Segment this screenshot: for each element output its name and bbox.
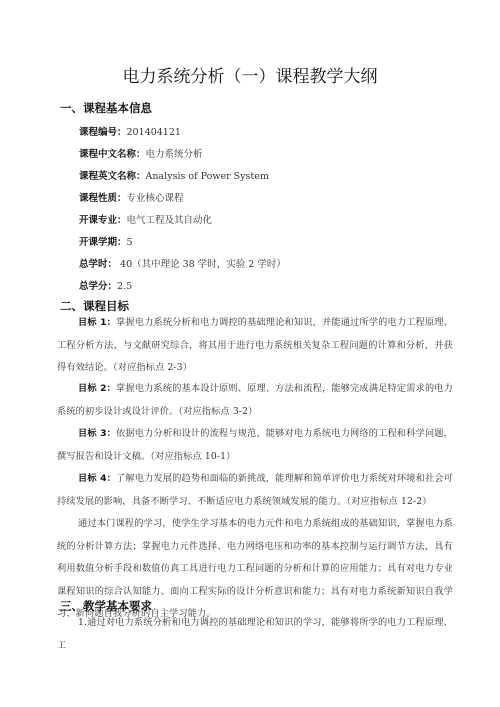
- info-course-en-name: 课程英文名称：Analysis of Power System: [79, 168, 269, 182]
- info-value: 40（其中理论 38 学时，实验 2 学时）: [117, 259, 286, 270]
- goal-paragraph-2: 目标 2：掌握电力系统的基本设计原则、原理、方法和流程，能够完成满足特定需求的电…: [57, 378, 453, 423]
- info-value: 电气工程及其自动化: [127, 215, 213, 226]
- section-heading-basic-info: 一、课程基本信息: [60, 100, 152, 116]
- goal-text: 了解电力发展的趋势和面临的新挑战，能理解和简单评价电力系统对环境和社会可持续发展…: [57, 473, 453, 507]
- goal-text: 掌握电力系统分析和电力调控的基础理论和知识，并能通过所学的电力工程原理、工程分析…: [57, 317, 453, 373]
- info-value: Analysis of Power System: [146, 171, 269, 182]
- info-course-cn-name: 课程中文名称：电力系统分析: [79, 146, 203, 160]
- goal-label: 目标 3：: [78, 428, 116, 439]
- info-value: 专业核心课程: [127, 193, 184, 204]
- info-course-code: 课程编号：201404121: [79, 124, 181, 138]
- goal-text: 依据电力分析和设计的流程与规范，能够对电力系统电力网络的工程和科学问题，撰写报告…: [57, 428, 453, 462]
- goal-text: 掌握电力系统的基本设计原则、原理、方法和流程，能够完成满足特定需求的电力系统的初…: [57, 383, 453, 417]
- requirement-item-1: 1.通过对电力系统分析和电力调控的基础理论和知识的学习，能够将所学的电力工程原理…: [57, 612, 453, 657]
- info-value: 电力系统分析: [146, 149, 203, 160]
- info-major: 开课专业：电气工程及其自动化: [79, 212, 212, 226]
- goal-label: 目标 2：: [78, 383, 116, 394]
- info-semester: 开课学期：5: [79, 234, 133, 248]
- info-label: 课程英文名称：: [79, 171, 146, 182]
- info-label: 课程性质：: [79, 193, 127, 204]
- goal-paragraph-1: 目标 1：掌握电力系统分析和电力调控的基础理论和知识，并能通过所学的电力工程原理…: [57, 312, 453, 380]
- info-value: 5: [127, 237, 133, 248]
- document-title: 电力系统分析（一）课程教学大纲: [0, 62, 500, 87]
- info-label: 开课学期：: [79, 237, 127, 248]
- info-total-credits: 总学分：2.5: [79, 278, 132, 292]
- info-label: 开课专业：: [79, 215, 127, 226]
- info-value: 201404121: [127, 127, 181, 138]
- goal-paragraph-4: 目标 4：了解电力发展的趋势和面临的新挑战，能理解和简单评价电力系统对环境和社会…: [57, 468, 453, 513]
- info-total-hours: 总学时： 40（其中理论 38 学时，实验 2 学时）: [79, 256, 286, 270]
- info-label: 课程编号：: [79, 127, 127, 138]
- info-label: 总学分：: [79, 281, 117, 292]
- info-value: 2.5: [117, 281, 132, 292]
- goal-label: 目标 1：: [78, 317, 116, 328]
- goal-paragraph-3: 目标 3：依据电力分析和设计的流程与规范，能够对电力系统电力网络的工程和科学问题…: [57, 423, 453, 468]
- goal-label: 目标 4：: [78, 473, 116, 484]
- info-label: 课程中文名称：: [79, 149, 146, 160]
- info-label: 总学时：: [79, 259, 117, 270]
- info-course-nature: 课程性质：专业核心课程: [79, 190, 184, 204]
